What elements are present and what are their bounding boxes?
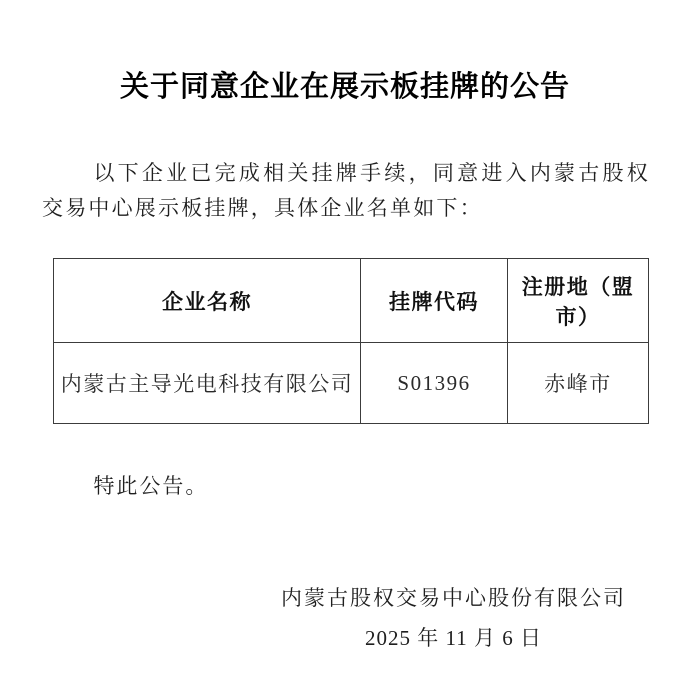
announcement-body-paragraph: 以下企业已完成相关挂牌手续，同意进入内蒙古股权交易中心展示板挂牌，具体企业名单如… [42, 156, 650, 226]
header-listing-code: 挂牌代码 [361, 259, 508, 343]
signature-date: 2025 年 11 月 6 日 [281, 624, 626, 652]
announcement-document: 关于同意企业在展示板挂牌的公告 以下企业已完成相关挂牌手续，同意进入内蒙古股权交… [0, 0, 690, 683]
cell-registration-region: 赤峰市 [508, 343, 649, 424]
cell-listing-code: S01396 [361, 343, 508, 424]
closing-statement: 特此公告。 [42, 471, 650, 501]
signature-block: 内蒙古股权交易中心股份有限公司 2025 年 11 月 6 日 [281, 583, 626, 652]
companies-table: 企业名称 挂牌代码 注册地（盟市） 内蒙古主导光电科技有限公司 S01396 赤… [53, 258, 649, 424]
header-company-name: 企业名称 [54, 259, 361, 343]
companies-table-header: 企业名称 挂牌代码 注册地（盟市） [54, 259, 649, 343]
companies-table-body: 内蒙古主导光电科技有限公司 S01396 赤峰市 [54, 343, 649, 424]
cell-company-name: 内蒙古主导光电科技有限公司 [54, 343, 361, 424]
header-registration-region: 注册地（盟市） [508, 259, 649, 343]
table-row: 内蒙古主导光电科技有限公司 S01396 赤峰市 [54, 343, 649, 424]
signature-company-name: 内蒙古股权交易中心股份有限公司 [281, 583, 626, 613]
page-title: 关于同意企业在展示板挂牌的公告 [0, 0, 690, 104]
table-header-row: 企业名称 挂牌代码 注册地（盟市） [54, 259, 649, 343]
